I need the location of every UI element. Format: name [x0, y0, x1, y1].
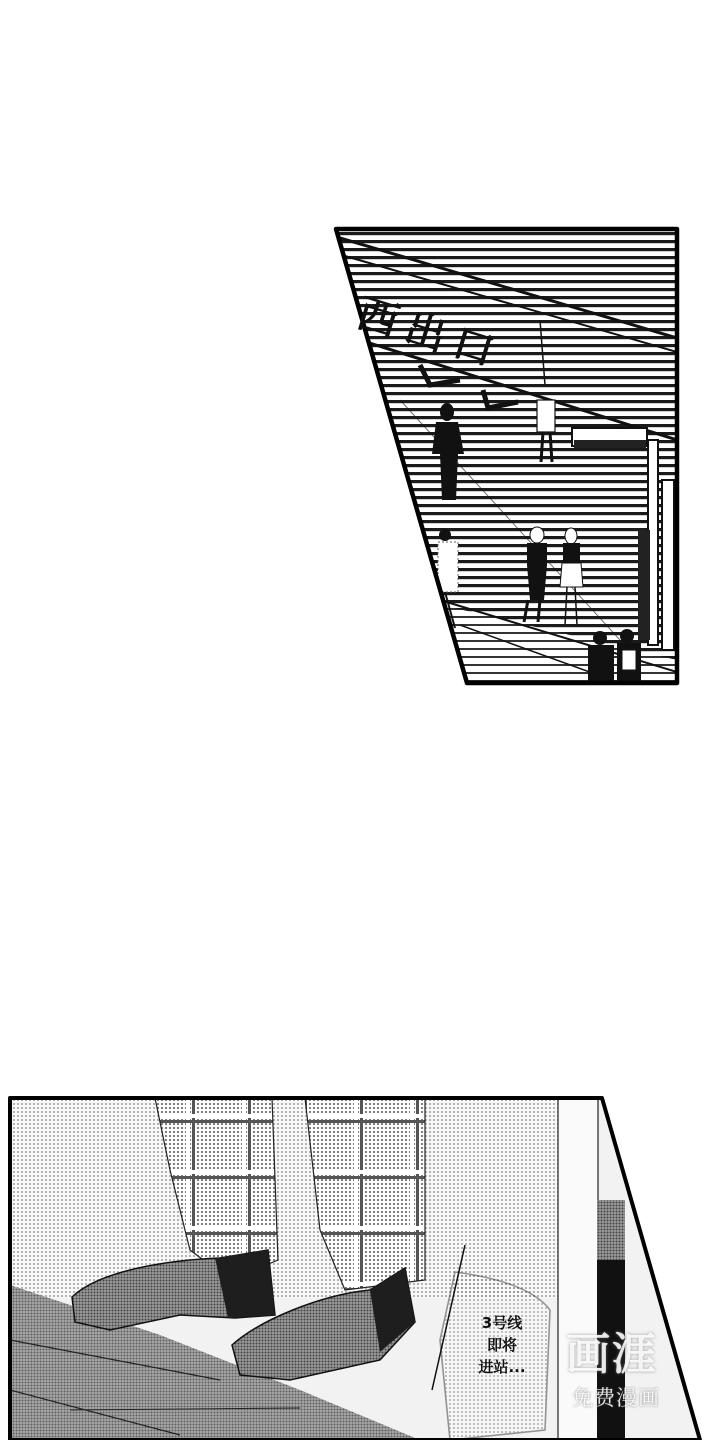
watermark-subtitle: 免费漫画 — [572, 1382, 692, 1412]
station-panel: 西出口 — [0, 0, 720, 700]
station-illustration — [0, 0, 720, 700]
speech-bubble-text: 3号线 即将 进站... — [462, 1312, 542, 1378]
watermark-logo: 画涯 — [566, 1318, 688, 1382]
